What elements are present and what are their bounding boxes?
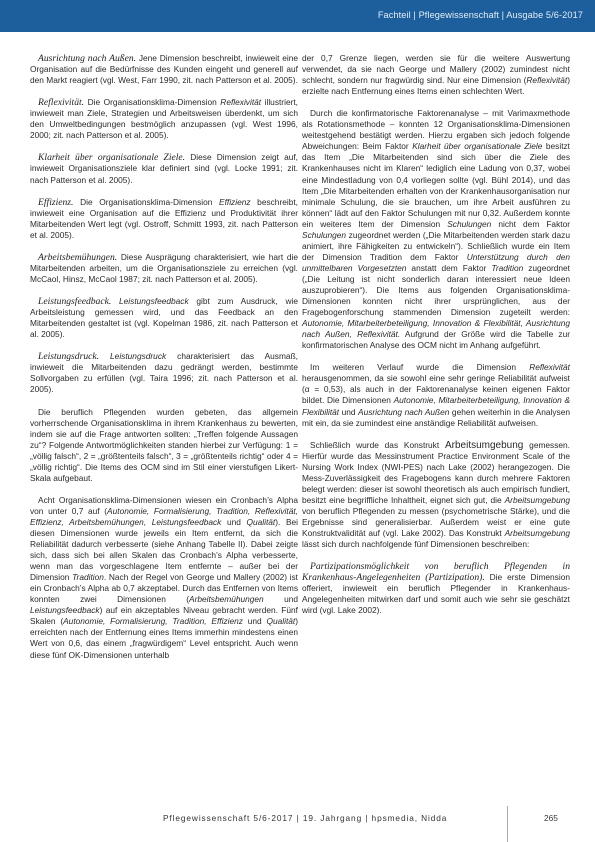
paragraph-text: anstatt dem Faktor [406,263,491,273]
paragraph-text: und [264,594,298,604]
italic-term: Qualität [246,517,275,527]
italic-term: Leistungsdruck [99,351,166,361]
paragraph-likert-scale: Die beruflich Pflegenden wurden gebeten,… [30,407,298,484]
paragraph-text: Die Organisationsklima-Dimension [84,97,220,107]
paragraph-text: Die Organisationsklima-Dimension [73,197,219,207]
paragraph-text: Im weiteren Verlauf wurde die Dimension [310,362,529,372]
paragraph-reflexivity-removed: Im weiteren Verlauf wurde die Dimension … [302,362,570,428]
italic-term: Arbeitsumgebung [505,495,570,505]
page-number: 265 [544,813,558,823]
paragraph-arbeitsbemuehungen: Arbeitsbemühungen. Diese Ausprägung char… [30,252,298,285]
term-heading: Arbeitsbemühungen. [38,252,117,263]
paragraph-reflexivitaet: Reflexivität. Die Organisationsklima-Dim… [30,97,298,141]
italic-term: Leistungsfeedback [30,605,100,615]
italic-term: Arbeitsumgebung [505,528,570,538]
construct-term: Arbeitsumgebung [445,440,523,451]
term-heading: Reflexivität. [38,97,84,108]
footer-divider [507,806,508,842]
running-title: Fachteil | Pflegewissenschaft | Ausgabe … [378,10,583,20]
paragraph-continuation: der 0,7 Grenze liegen, werden sie für di… [302,53,570,97]
italic-term: Arbeitsbemühungen [189,594,264,604]
italic-term: Leistungsfeedback [111,296,188,306]
paragraph-arbeitsumgebung: Schließlich wurde das Konstrukt Arbeitsu… [302,440,570,550]
paragraph-text: lässt sich durch nachfolgende fünf Dimen… [302,539,529,549]
italic-term: Tradition [72,572,104,582]
italic-term: Reflexivität [220,97,261,107]
term-heading: Klarheit über organisationale Ziele. [38,152,185,163]
paragraph-text: Schließlich wurde das Konstrukt [310,440,445,450]
paragraph-leistungsfeedback: Leistungsfeedback. Leistungsfeedback gib… [30,296,298,340]
paragraph-text: und [339,407,358,417]
footer-journal-line: Pflegewissenschaft 5/6-2017 | 19. Jahrga… [163,813,447,823]
italic-term: Ausrichtung nach Außen [358,407,449,417]
paragraph-factor-analysis: Durch die konfirmatorische Faktorenanaly… [302,108,570,351]
paragraph-leistungsdruck: Leistungsdruck. Leistungsdruck charakter… [30,351,298,395]
paragraph-text: und [221,517,246,527]
term-heading: Effizienz. [38,197,73,208]
paragraph-text: und [243,616,267,626]
italic-term: Autonomie, Formalisierung, Tradition, Ef… [63,616,243,626]
paragraph-text: besitzt das Item „Die Mitarbeitenden sin… [302,141,570,228]
header-bar: Fachteil | Pflegewissenschaft | Ausgabe … [0,0,595,32]
italic-term: Qualität [266,616,295,626]
italic-term: Reflexivität [526,75,567,85]
italic-term: Schulungen [302,230,346,240]
paragraph-cronbach-alpha: Acht Organisationsklima-Dimensionen wies… [30,495,298,661]
italic-term: Reflexivität [529,362,570,372]
italic-term: Tradition [491,263,523,273]
paragraph-ausrichtung: Ausrichtung nach Außen. Jene Dimension b… [30,53,298,86]
paragraph-text: Die beruflich Pflegenden wurden gebeten,… [30,407,298,483]
paragraph-text: nicht dem Faktor [491,219,570,229]
paragraph-partizipation: Partizipationsmöglichkeit von beruflich … [302,561,570,616]
left-column: Ausrichtung nach Außen. Jene Dimension b… [30,53,298,672]
right-column: der 0,7 Grenze liegen, werden sie für di… [302,53,570,627]
italic-term: Klarheit über organisationale Ziele [412,141,542,151]
term-heading: Leistungsdruck. [38,351,99,362]
term-heading: Ausrichtung nach Außen. [38,53,136,64]
paragraph-klarheit: Klarheit über organisationale Ziele. Die… [30,152,298,185]
term-heading: Leistungsfeedback. [38,296,111,307]
paragraph-effizienz: Effizienz. Die Organisationsklima-Dimens… [30,197,298,241]
italic-term: Schulungen [447,219,491,229]
italic-term: Effizienz [219,197,251,207]
